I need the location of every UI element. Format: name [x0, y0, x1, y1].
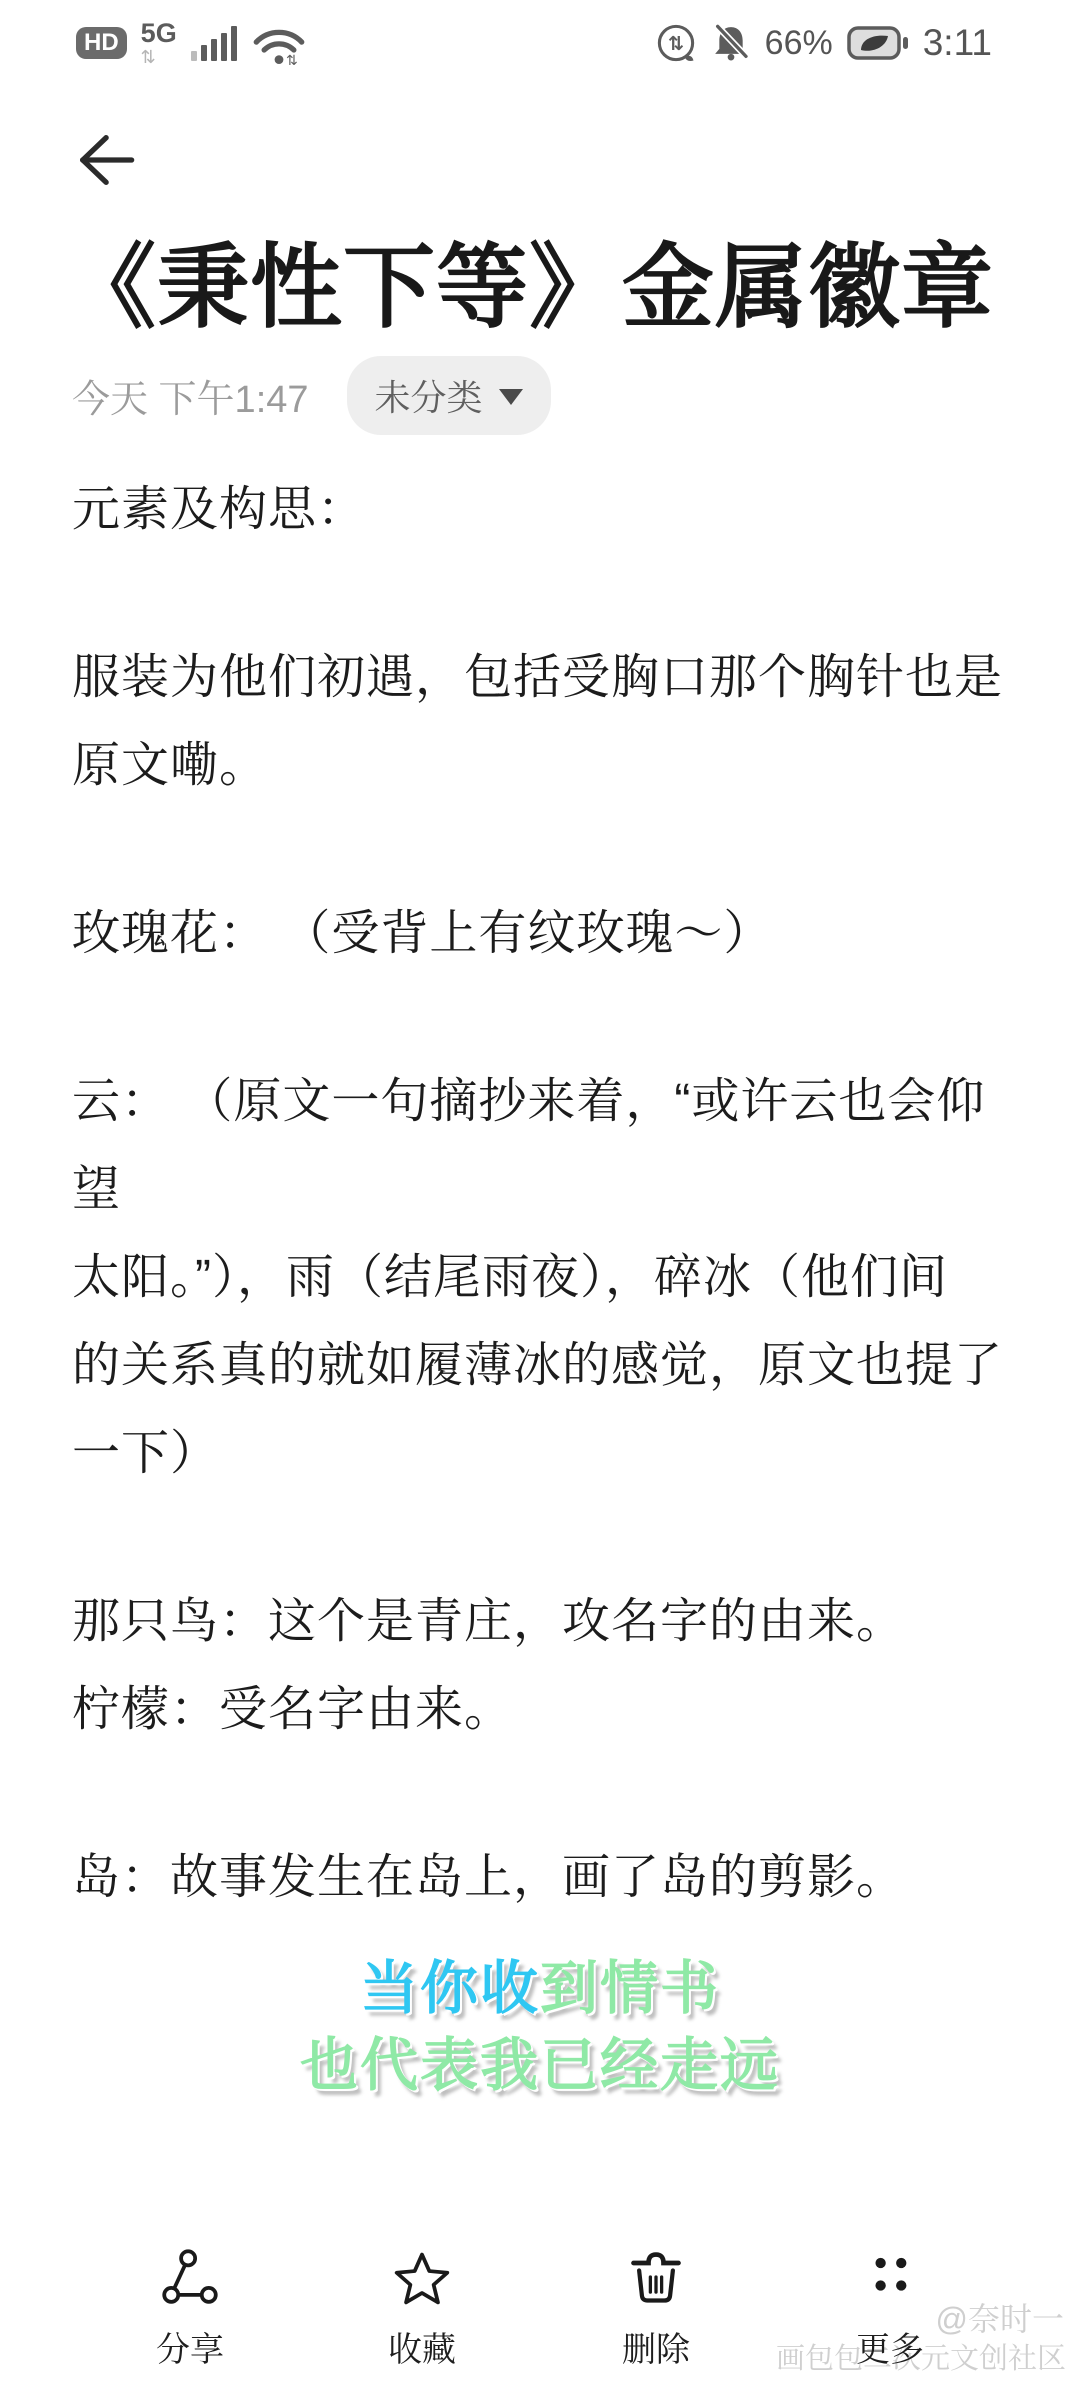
favorite-button[interactable]: 收藏 — [332, 2248, 512, 2371]
caption-line1-cyan: 当你收 — [360, 1956, 540, 2021]
svg-text:⇅: ⇅ — [286, 52, 298, 65]
hd-volte-icon: HD — [76, 27, 127, 59]
more-button[interactable]: 更多 — [800, 2248, 980, 2371]
battery-percent: 66% — [765, 24, 833, 63]
status-bar-left: HD 5G ⇅ ⇅ — [76, 20, 307, 66]
status-bar-right: ⇅ 66% 3:11 — [655, 22, 992, 64]
share-icon — [160, 2248, 220, 2308]
note-paragraph: 玫瑰花： （受背上有纹玫瑰～） — [72, 890, 1012, 978]
bottom-toolbar: 分享 收藏 删除 — [0, 2248, 1080, 2400]
wifi-icon: ⇅ — [251, 21, 307, 65]
category-chip[interactable]: 未分类 — [347, 356, 551, 435]
signal-strength-icon — [191, 25, 237, 61]
category-label: 未分类 — [375, 370, 483, 421]
chevron-down-icon — [499, 389, 523, 405]
clock-time: 3:11 — [923, 22, 992, 64]
note-detail-screen: HD 5G ⇅ ⇅ ⇅ — [0, 0, 1080, 2400]
caption-line1-green: 到情书 — [540, 1956, 720, 2021]
caption-line2: 也代表我已经走远 — [0, 2027, 1080, 2104]
more-label: 更多 — [856, 2322, 924, 2371]
share-label: 分享 — [156, 2322, 224, 2371]
battery-leaf-icon — [847, 26, 909, 60]
note-paragraph: 那只鸟：这个是青庄，攻名字的由来。 柠檬：受名字由来。 — [72, 1578, 1012, 1754]
delete-button[interactable]: 删除 — [566, 2248, 746, 2371]
note-paragraph: 元素及构思： — [72, 466, 1012, 554]
network-type-indicator: 5G ⇅ — [141, 20, 177, 66]
caption-line1: 当你收到情书 — [0, 1950, 1080, 2027]
mute-bell-icon — [711, 23, 751, 63]
note-paragraph: 云： （原文一句摘抄来着，“或许云也会仰望 太阳。”），雨（结尾雨夜），碎冰（他… — [72, 1058, 1012, 1498]
styled-caption-image: 当你收到情书 也代表我已经走远 — [0, 1950, 1080, 2104]
note-meta-row: 今天 下午1:47 未分类 — [72, 360, 551, 430]
share-button[interactable]: 分享 — [100, 2248, 280, 2371]
data-arrows-icon: ⇅ — [141, 48, 156, 66]
more-dots-icon — [860, 2248, 920, 2308]
data-saver-leaf-icon: ⇅ — [655, 22, 697, 64]
note-timestamp: 今天 下午1:47 — [72, 368, 309, 423]
delete-label: 删除 — [622, 2322, 690, 2371]
note-title: 《秉性下等》金属徽章 — [64, 238, 1024, 339]
favorite-label: 收藏 — [388, 2322, 456, 2371]
status-bar: HD 5G ⇅ ⇅ ⇅ — [0, 0, 1080, 80]
note-paragraph: 服装为他们初遇，包括受胸口那个胸针也是 原文嘞。 — [72, 634, 1012, 810]
trash-icon — [626, 2248, 686, 2308]
note-paragraph: 岛：故事发生在岛上，画了岛的剪影。 — [72, 1834, 1012, 1922]
svg-text:⇅: ⇅ — [668, 34, 684, 55]
note-content[interactable]: 元素及构思： 服装为他们初遇，包括受胸口那个胸针也是 原文嘞。 玫瑰花： （受背… — [72, 466, 1012, 2002]
star-icon — [392, 2248, 452, 2308]
back-button[interactable] — [70, 126, 138, 194]
